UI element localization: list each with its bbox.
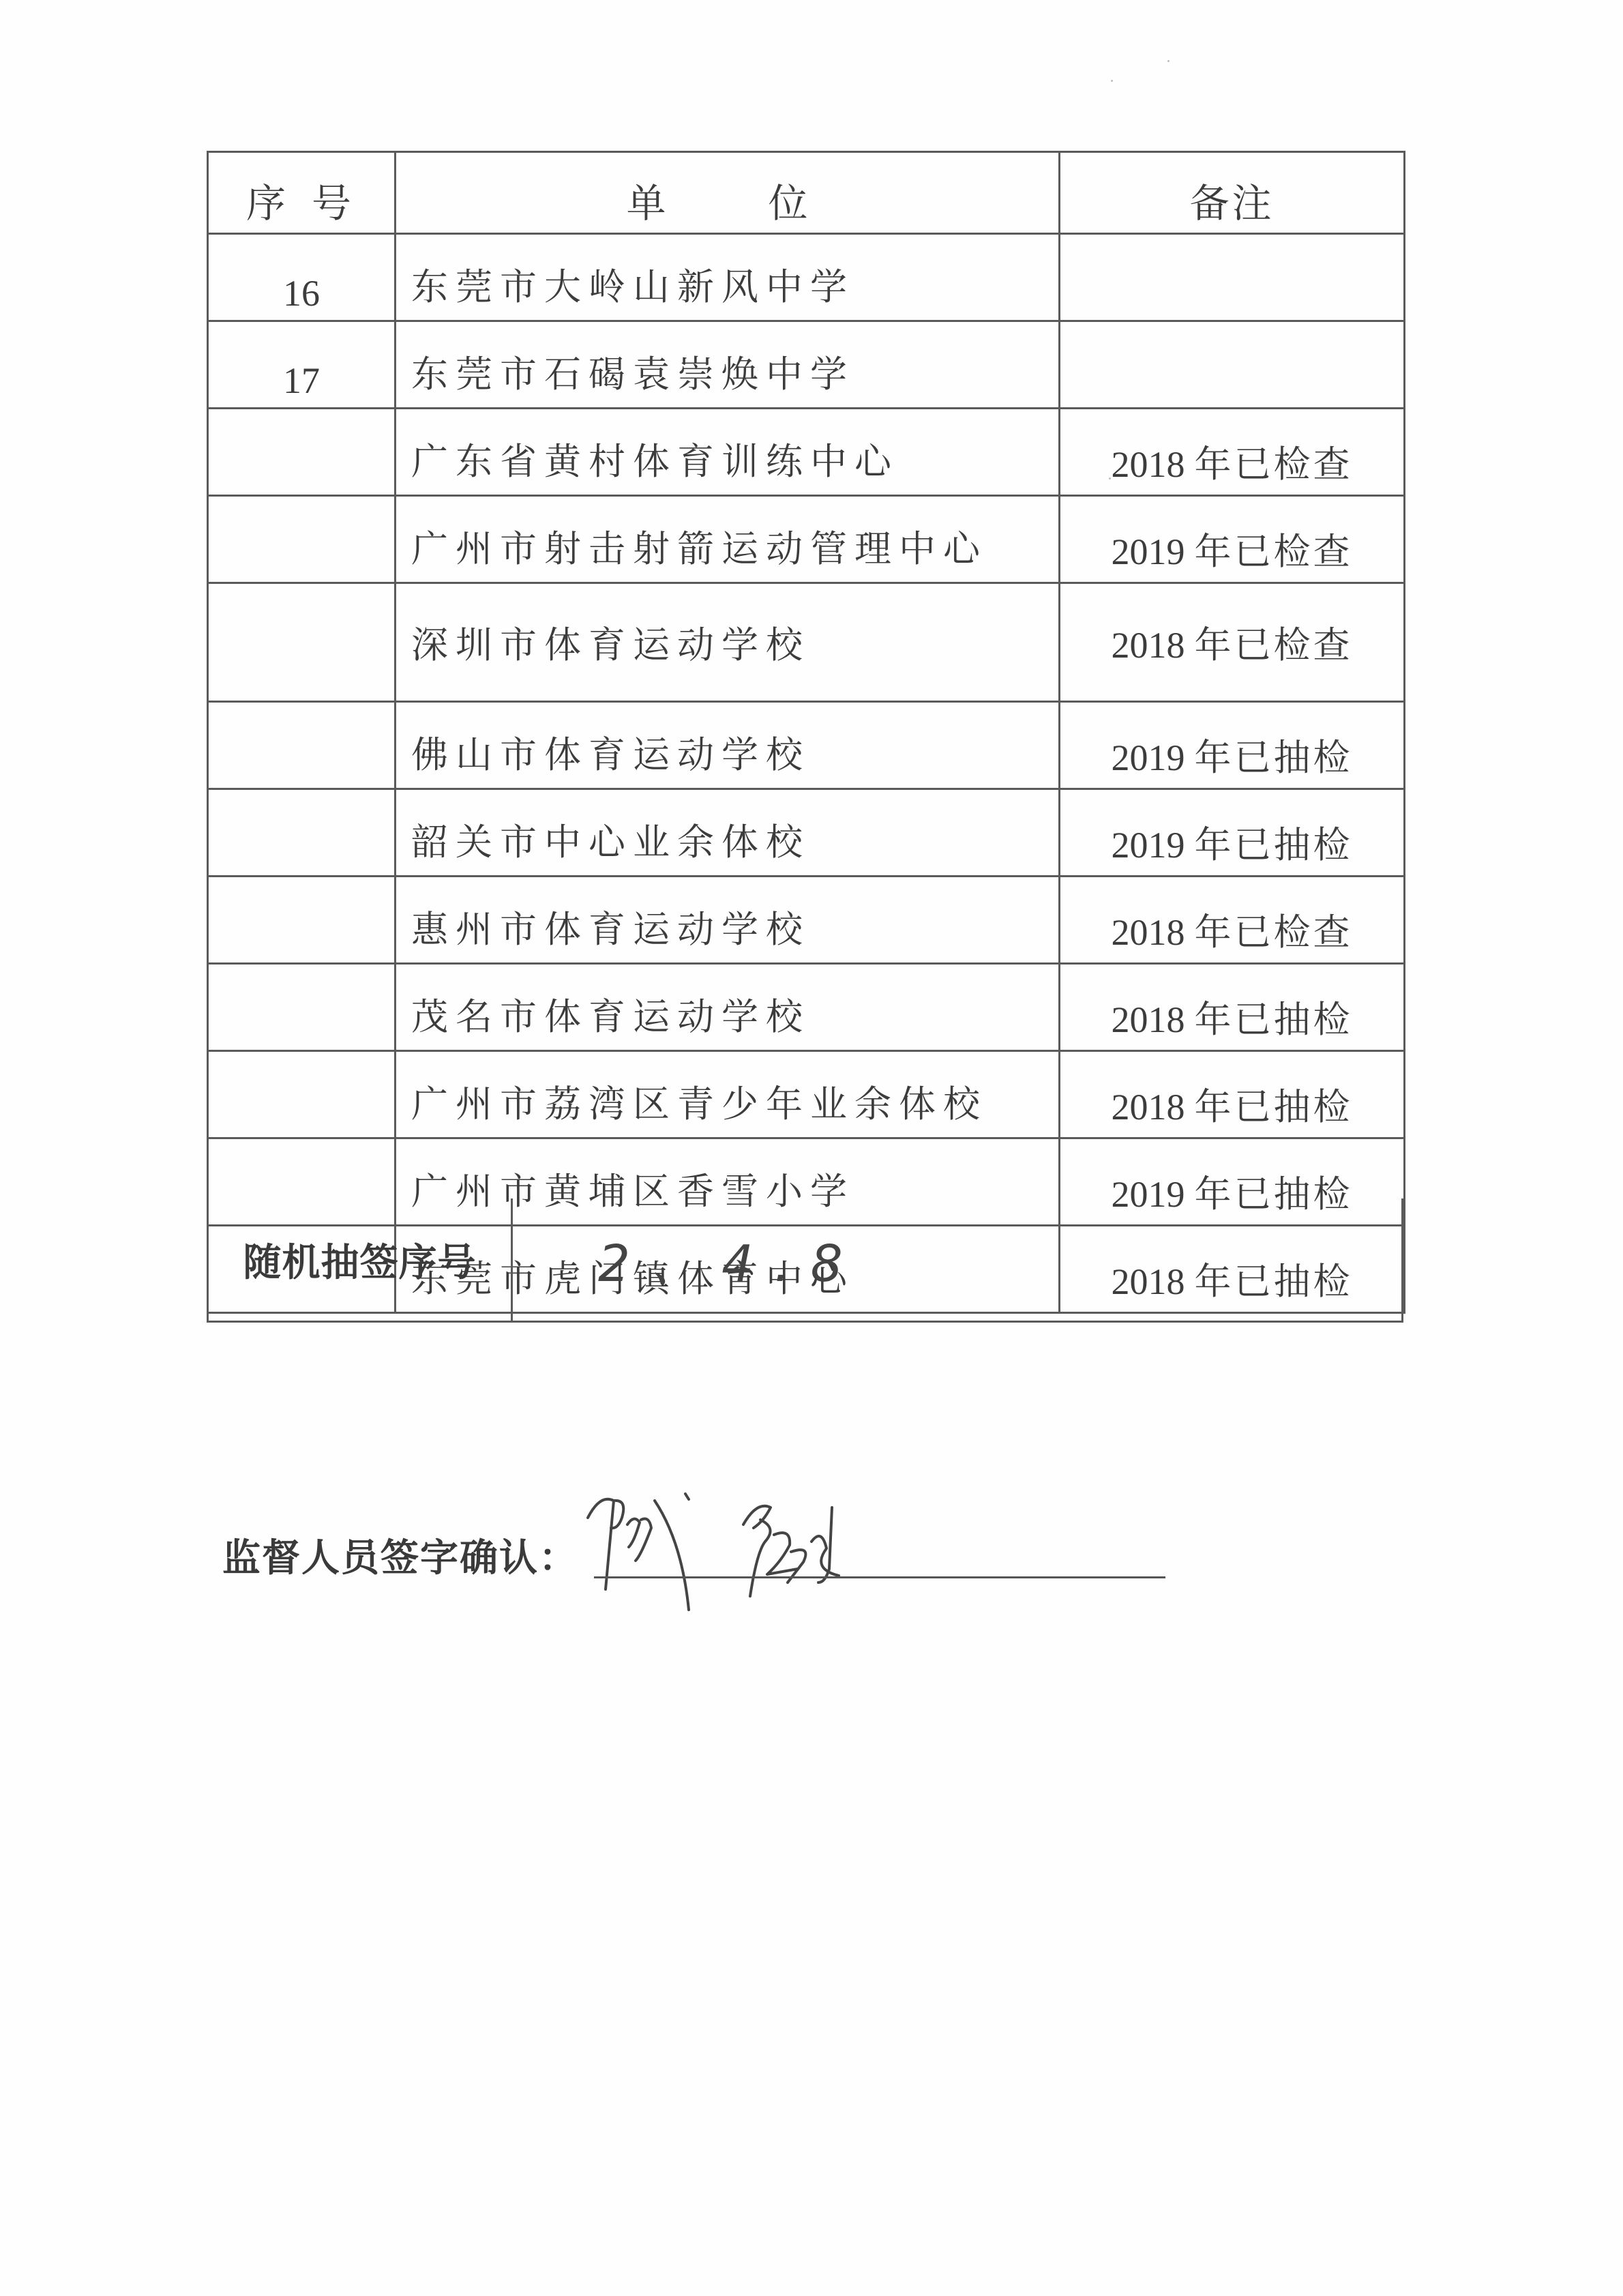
table-row: 广东省黄村体育训练中心 2018年已检查 <box>208 409 1405 496</box>
table-row: 广州市射击射箭运动管理中心 2019年已检查 <box>208 496 1405 583</box>
header-note: 备注 <box>1060 152 1405 234</box>
note-text: 年已检查 <box>1195 530 1353 573</box>
cell-note: 2019年已抽检 <box>1060 702 1405 789</box>
cell-unit: 东莞市大岭山新风中学 <box>396 234 1060 321</box>
scan-speck <box>1111 80 1113 82</box>
cell-seq <box>208 583 396 702</box>
table-row: 惠州市体育运动学校 2018年已检查 <box>208 877 1405 964</box>
table-header-row: 序号 单位 备注 <box>208 152 1405 234</box>
note-text: 年已检查 <box>1195 911 1353 954</box>
cell-seq <box>208 789 396 877</box>
note-text: 年已抽检 <box>1195 823 1353 866</box>
cell-note: 2019年已检查 <box>1060 496 1405 583</box>
document-page: 序号 单位 备注 16 东莞市大岭山新风中学 17 东莞市石碣袁崇焕中学 广东省… <box>0 0 1623 2296</box>
table-row: 16 东莞市大岭山新风中学 <box>208 234 1405 321</box>
cell-seq <box>208 409 396 496</box>
cell-unit: 广州市荔湾区青少年业余体校 <box>396 1051 1060 1138</box>
table-row: 佛山市体育运动学校 2019年已抽检 <box>208 702 1405 789</box>
header-unit: 单位 <box>396 152 1060 234</box>
note-text: 年已抽检 <box>1195 736 1353 779</box>
header-seq: 序号 <box>208 152 396 234</box>
cell-seq <box>208 877 396 964</box>
table-row: 韶关市中心业余体校 2019年已抽检 <box>208 789 1405 877</box>
cell-unit: 广东省黄村体育训练中心 <box>396 409 1060 496</box>
cell-unit: 佛山市体育运动学校 <box>396 702 1060 789</box>
note-year: 2018 <box>1112 444 1185 485</box>
lottery-label: 随机抽签序号 <box>208 1198 512 1322</box>
cell-seq: 16 <box>208 234 396 321</box>
cell-unit: 韶关市中心业余体校 <box>396 789 1060 877</box>
cell-unit: 惠州市体育运动学校 <box>396 877 1060 964</box>
cell-seq <box>208 496 396 583</box>
cell-unit: 茂名市体育运动学校 <box>396 964 1060 1051</box>
note-year: 2018 <box>1112 912 1185 953</box>
note-text: 年已检查 <box>1195 443 1353 486</box>
inspection-unit-table: 序号 单位 备注 16 东莞市大岭山新风中学 17 东莞市石碣袁崇焕中学 广东省… <box>207 151 1405 1314</box>
signature-line <box>594 1576 1165 1578</box>
handwritten-signature <box>586 1487 1009 1651</box>
cell-note <box>1060 234 1405 321</box>
cell-note: 2018年已检查 <box>1060 877 1405 964</box>
cell-seq <box>208 702 396 789</box>
cell-note: 2018年已检查 <box>1060 583 1405 702</box>
cell-unit: 广州市射击射箭运动管理中心 <box>396 496 1060 583</box>
table-row: 17 东莞市石碣袁崇焕中学 <box>208 321 1405 409</box>
cell-unit: 东莞市石碣袁崇焕中学 <box>396 321 1060 409</box>
cell-note: 2018年已抽检 <box>1060 1051 1405 1138</box>
signature-label: 监督人员签字确认： <box>222 1528 578 1583</box>
lottery-row: 随机抽签序号 2、4.8 <box>207 1198 1403 1323</box>
cell-seq: 17 <box>208 321 396 409</box>
cell-seq <box>208 964 396 1051</box>
cell-note <box>1060 321 1405 409</box>
note-year: 2019 <box>1112 737 1185 778</box>
cell-note: 2018年已抽检 <box>1060 964 1405 1051</box>
note-year: 2018 <box>1112 625 1185 666</box>
note-text: 年已抽检 <box>1195 1085 1353 1128</box>
scan-speck <box>1167 60 1170 62</box>
cell-note: 2019年已抽检 <box>1060 789 1405 877</box>
note-year: 2019 <box>1112 531 1185 572</box>
note-year: 2019 <box>1112 825 1185 866</box>
table-row: 深圳市体育运动学校 2018年已检查 <box>208 583 1405 702</box>
note-text: 年已抽检 <box>1195 998 1353 1041</box>
note-year: 2018 <box>1112 999 1185 1040</box>
table-row: 茂名市体育运动学校 2018年已抽检 <box>208 964 1405 1051</box>
note-year: 2018 <box>1112 1087 1185 1128</box>
cell-unit: 深圳市体育运动学校 <box>396 583 1060 702</box>
lottery-value: 2、4.8 <box>512 1198 1403 1322</box>
note-text: 年已检查 <box>1195 623 1353 666</box>
cell-seq <box>208 1051 396 1138</box>
table-row: 广州市荔湾区青少年业余体校 2018年已抽检 <box>208 1051 1405 1138</box>
cell-note: 2018年已检查 <box>1060 409 1405 496</box>
